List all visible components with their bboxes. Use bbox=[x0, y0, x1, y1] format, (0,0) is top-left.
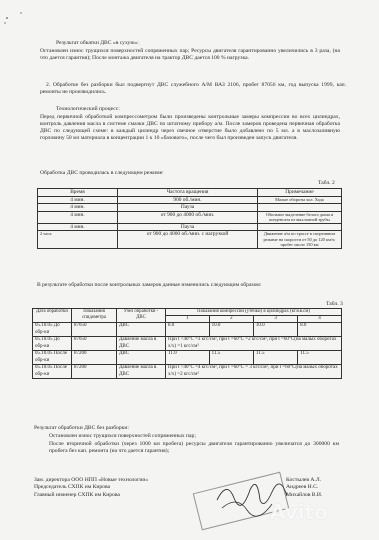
section3-line2: После вторичной обработки (через 1000 км… bbox=[49, 441, 339, 455]
t2-cell: 4 мин. bbox=[38, 204, 118, 212]
document-page: Результат обкатки ДВС «в сухую»: Останов… bbox=[0, 0, 379, 540]
t3-cell-unit: ДВС bbox=[117, 323, 166, 337]
t3-header-cyl-4: 4 bbox=[298, 316, 342, 323]
signature-name: Андреев Н.С. bbox=[286, 484, 322, 491]
mode-line: Обработка ДВС проводилась в следующем ре… bbox=[40, 170, 340, 177]
t3-cell-odometer: 87200 bbox=[72, 351, 117, 365]
table-row: 05.10.05 До обр-ки 87050 Давление масла … bbox=[33, 337, 342, 351]
t3-header-cyl-3: 3 bbox=[253, 316, 297, 323]
section2-intro: 2. Обработке без разборки был подвергнут… bbox=[40, 82, 346, 96]
table3-caption: Табл. 3 bbox=[326, 301, 343, 307]
t2-cell: от 900 до 4000 об./мин. с нагрузкой bbox=[118, 231, 258, 249]
t2-cell: Обильное выделение белого дыма и конденс… bbox=[258, 211, 342, 223]
table2: Время Частота вращения Примечание 4 мин.… bbox=[37, 188, 342, 249]
table-row: 05.10.05 После обр-ки 87200 ДВС 11.0 11.… bbox=[33, 351, 342, 365]
t3-cell-unit: Давление масла в ДВС bbox=[117, 337, 166, 351]
process-text: Перед первичной обработкой компрессометр… bbox=[40, 114, 340, 142]
table-row: 4 мин. от 900 до 4000 об./мин. Обильное … bbox=[38, 211, 342, 223]
t3-cell-value: 11.5 bbox=[298, 351, 342, 365]
t2-cell: от 900 до 4000 об./мин. bbox=[118, 211, 258, 223]
t3-cell-value: 8.0 bbox=[166, 323, 210, 337]
t2-cell: Пауза bbox=[118, 204, 258, 212]
signature-name: Костылев А.Л. bbox=[286, 477, 322, 484]
t3-cell-value: 11.0 bbox=[166, 351, 210, 365]
t3-cell-oil-pressure: При t <40°C =3 кгс/см², при t =60°C =2 к… bbox=[166, 337, 342, 351]
t3-cell-date: 05.10.05 После обр-ки bbox=[33, 351, 72, 365]
t3-header-odometer: Показания спидометра bbox=[72, 309, 117, 323]
t2-cell: 4 мин. bbox=[38, 196, 118, 204]
t2-cell: Малые обороты хол. Хода bbox=[258, 196, 342, 204]
t2-cell bbox=[258, 204, 342, 212]
section3-heading: Результат обработки ДВС без разборки: bbox=[34, 425, 344, 432]
section1-heading: Результат обкатки ДВС «в сухую»: bbox=[40, 40, 340, 47]
t3-cell-odometer: 87050 bbox=[72, 337, 117, 351]
t2-cell: 2 часа bbox=[38, 231, 118, 249]
t3-cell-date: 05.10.05 После обр-ки bbox=[33, 365, 72, 379]
after-text: В результате обработки после контрольных… bbox=[37, 282, 342, 289]
scan-specks bbox=[4, 12, 24, 31]
section3-line1: Остановлен износ трущихся поверхностей с… bbox=[49, 433, 339, 440]
signature-name: Михайлов В.И. bbox=[286, 492, 322, 499]
signature-title: Председатель СХПК им Кирова bbox=[34, 484, 214, 491]
table-row: 2 часа от 900 до 4000 об./мин. с нагрузк… bbox=[38, 231, 342, 249]
t3-cell-value: 10.0 bbox=[253, 323, 297, 337]
table3: Дата обработки Показания спидометра Узел… bbox=[32, 308, 342, 379]
signature-title: Главный инженер СХПК им Кирова bbox=[34, 492, 214, 499]
t3-header-compression: Показания компрессии (утечки) в цилиндра… bbox=[166, 309, 342, 316]
t3-cell-odometer: 87050 bbox=[72, 323, 117, 337]
table2-caption: Табл. 2 bbox=[318, 180, 335, 186]
t3-header-unit: Узел обработки - ДВС bbox=[117, 309, 166, 323]
signature-titles: Зам. директора ООО НПП «Новые технологии… bbox=[34, 477, 214, 499]
avito-watermark: Avito bbox=[270, 500, 328, 524]
table-row: 05.10.05 После обр-ки 87200 Давление мас… bbox=[33, 365, 342, 379]
t3-cell-date: 05.10.05 До обр-ки bbox=[33, 323, 72, 337]
t3-cell-value: 10.0 bbox=[209, 323, 253, 337]
t2-cell: Пауза bbox=[118, 223, 258, 231]
section1-text: Остановлен износ трущихся поверхностей с… bbox=[40, 48, 340, 62]
t3-header-date: Дата обработки bbox=[33, 309, 72, 323]
table-row: 4 мин. 900 об./мин. Малые обороты хол. Х… bbox=[38, 196, 342, 204]
signature-names: Костылев А.Л. Андреев Н.С. Михайлов В.И. bbox=[286, 477, 322, 499]
t2-cell bbox=[258, 223, 342, 231]
t3-header-cyl-2: 2 bbox=[209, 316, 253, 323]
table-row: 4 мин. Пауза bbox=[38, 204, 342, 212]
t3-cell-value: 11.5 bbox=[209, 351, 253, 365]
t2-header-time: Время bbox=[38, 189, 118, 197]
t2-cell: 4 мин. bbox=[38, 211, 118, 223]
t3-cell-unit: ДВС bbox=[117, 351, 166, 365]
table-row: 4 мин. Пауза bbox=[38, 223, 342, 231]
t2-cell: 900 об./мин. bbox=[118, 196, 258, 204]
t2-header-freq: Частота вращения bbox=[118, 189, 258, 197]
t2-cell: 4 мин. bbox=[38, 223, 118, 231]
signature-title: Зам. директора ООО НПП «Новые технологии… bbox=[34, 477, 214, 484]
t3-cell-unit: Давление масла в ДВС bbox=[117, 365, 166, 379]
table-row: 05.10.05 До обр-ки 87050 ДВС 8.0 10.0 10… bbox=[33, 323, 342, 337]
t3-cell-odometer: 87200 bbox=[72, 365, 117, 379]
t3-cell-value: 8.0 bbox=[298, 323, 342, 337]
process-heading: Технологический процесс: bbox=[40, 106, 340, 113]
t2-cell: Движение а/м по трассе в спортивном режи… bbox=[258, 231, 342, 249]
t2-header-note: Примечание bbox=[258, 189, 342, 197]
t3-cell-value: 11.5 bbox=[253, 351, 297, 365]
t3-cell-date: 05.10.05 До обр-ки bbox=[33, 337, 72, 351]
t3-header-cyl-1: 1 bbox=[166, 316, 210, 323]
t3-cell-oil-pressure: При t <40°C =4 кгс/см², при t =60°C = 3 … bbox=[166, 365, 342, 379]
